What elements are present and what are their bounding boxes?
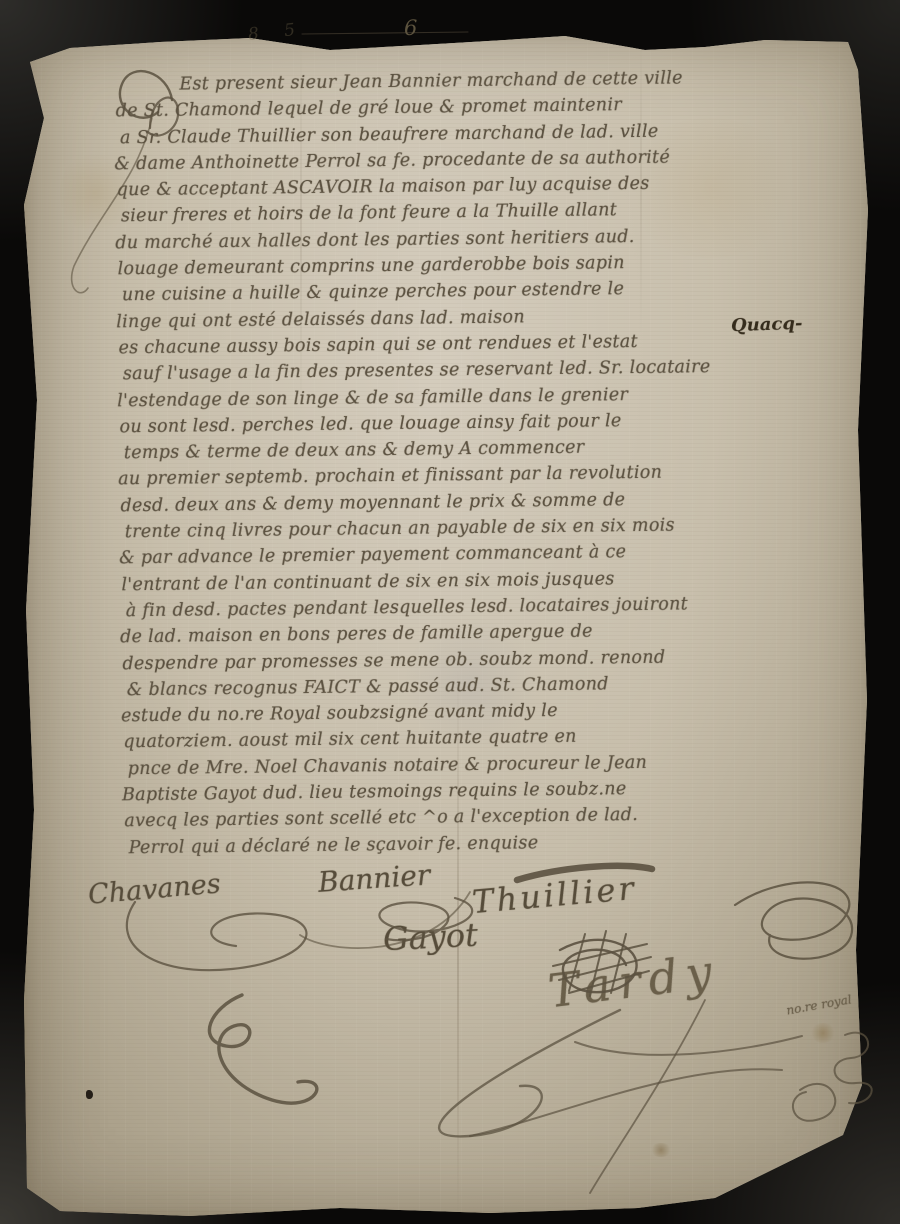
top-left-numeral: 8 5 — [247, 19, 306, 45]
signature-gayot: Gayot — [382, 916, 479, 959]
inserted-bold-word: Quacq- — [731, 313, 803, 336]
page-number: 6 — [404, 16, 417, 40]
photograph-of-manuscript: 8 5 6 Est present sieur Jean Bannier mar… — [0, 0, 900, 1224]
manuscript-lines: Est present sieur Jean Bannier marchand … — [113, 64, 833, 862]
